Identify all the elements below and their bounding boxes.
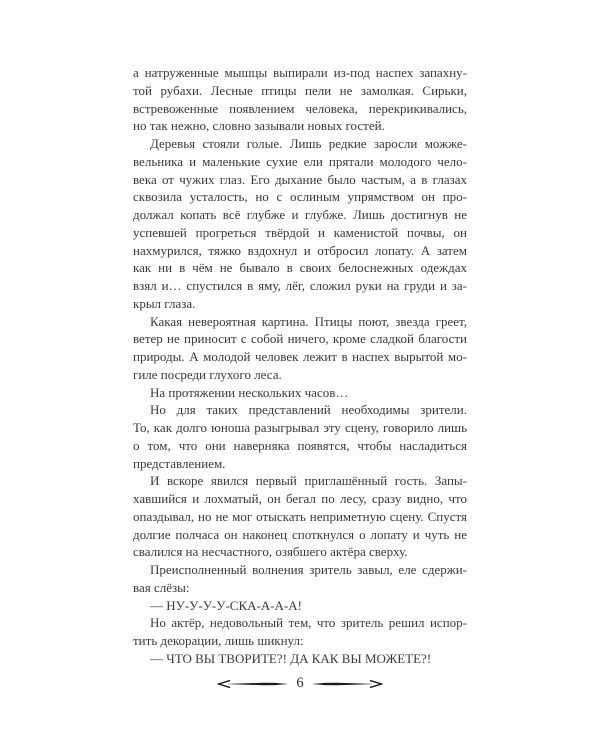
text-line: ветер не приносит с собой ничего, кроме … (133, 330, 467, 348)
text-line: опаздывал, но не мог отыскать неприметну… (133, 508, 467, 526)
page-footer: 6 (133, 674, 467, 694)
text-line: нахмурился, тяжко вздохнул и отбросил ло… (133, 242, 467, 260)
text-line: Преисполненный волнения зритель завыл, е… (133, 561, 467, 579)
text-line: вая слёзы: (133, 579, 467, 597)
text-line: но так нежно, словно зазывали новых гост… (133, 117, 467, 135)
text-line: — НУ-У-У-У-СКА-А-А-А! (133, 597, 467, 615)
text-line: века от чужих глаз. Его дыхание было час… (133, 171, 467, 189)
text-line: сквозила усталость, но с ослиным упрямст… (133, 188, 467, 206)
text-line: хавшийся и лохматый, он бегал по лесу, с… (133, 490, 467, 508)
text-line: успевшей прогреться твёрдой и каменистой… (133, 224, 467, 242)
text-line: — ЧТО ВЫ ТВОРИТЕ?! ДА КАК ВЫ МОЖЕТЕ?! (133, 650, 467, 668)
text-line: как ни в чём не бывало в своих белоснежн… (133, 259, 467, 277)
footer-arrow-left-icon (217, 679, 287, 689)
text-line: вельника и маленькие сухие ели прятали м… (133, 153, 467, 171)
text-line: тить декорации, лишь шикнул: (133, 632, 467, 650)
text-line: о том, что они наверняка появятся, чтобы… (133, 437, 467, 455)
text-line: Но актёр, недовольный тем, что зритель р… (133, 614, 467, 632)
text-line: крыл глаза. (133, 295, 467, 313)
text-line: свалился на несчастного, озябшего актёра… (133, 543, 467, 561)
text-line: Деревья стояли голые. Лишь редкие заросл… (133, 135, 467, 153)
text-line: долгие полчаса он наконец споткнулся о л… (133, 526, 467, 544)
text-line: встревоженные появлением человека, перек… (133, 100, 467, 118)
text-line: гиле посреди глухого леса. (133, 366, 467, 384)
text-block: а натруженные мышцы выпирали из-под насп… (133, 64, 467, 668)
book-page: а натруженные мышцы выпирали из-под насп… (0, 0, 600, 750)
text-line: И вскоре явился первый приглашённый гост… (133, 472, 467, 490)
text-line: На протяжении нескольких часов… (133, 384, 467, 402)
footer-arrow-right-icon (313, 679, 383, 689)
text-line: а натруженные мышцы выпирали из-под насп… (133, 64, 467, 82)
text-line: Какая невероятная картина. Птицы поют, з… (133, 313, 467, 331)
text-line: Но для таких представлений необходимы зр… (133, 401, 467, 419)
text-line: представлением. (133, 455, 467, 473)
page-number: 6 (295, 676, 304, 693)
text-line: той рубахи. Лесные птицы пели не замолка… (133, 82, 467, 100)
text-line: природы. А молодой человек лежит в наспе… (133, 348, 467, 366)
text-line: должал копать всё глубже и глубже. Лишь … (133, 206, 467, 224)
text-line: То, как долго юноша разыгрывал эту сцену… (133, 419, 467, 437)
text-line: взял и… спустился в яму, лёг, сложил рук… (133, 277, 467, 295)
